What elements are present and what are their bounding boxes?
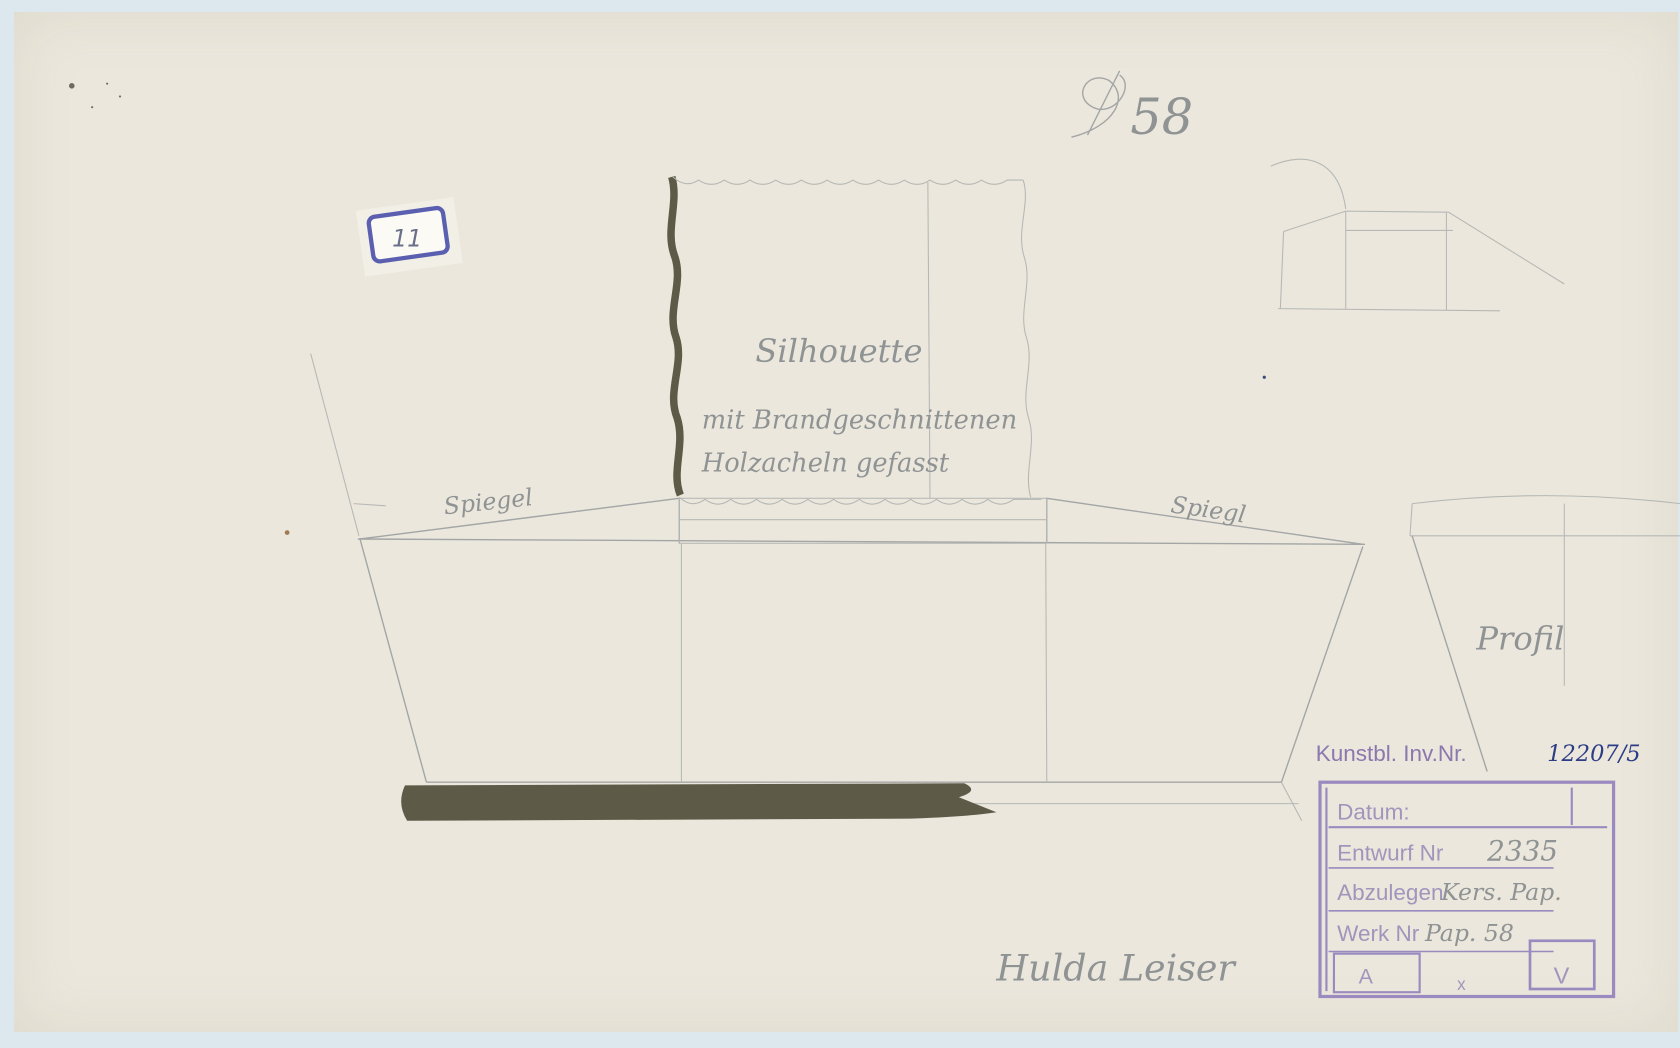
paper-specks [69,83,1266,535]
stamp-abzulegen-label: Abzulegen [1337,880,1443,905]
stamp-mark-a: A [1359,965,1374,989]
inventory-label: 11 [356,197,463,277]
annotation-spiegel-right: Spiegl [1169,490,1247,528]
stamp-mark-v: V [1554,963,1570,989]
annotation-profil: Profil [1475,619,1564,657]
stamp-werk-value: Pap. 58 [1424,919,1514,947]
label-number: 11 [392,224,422,252]
annotation-line3: Holzacheln gefasst [701,449,950,479]
scanned-document: 58 11 Silhouette mit Brandgeschnittenen … [0,0,1680,1048]
stamp-mark-x: x [1457,974,1466,994]
stamp-abzulegen-value: Kers. Pap. [1440,878,1562,906]
stamp-header: Kunstbl. Inv.Nr. [1316,741,1467,766]
stamp-datum-label: Datum: [1337,800,1410,825]
top-right-sketch [1271,159,1565,311]
stamp-entwurf-label: Entwurf Nr [1337,840,1444,865]
annotation-spiegel-left: Spiegel [442,483,534,520]
drawing-canvas: 58 11 Silhouette mit Brandgeschnittenen … [0,0,1680,1048]
sheet-mark-number: 58 [1130,88,1193,146]
inventory-stamp: Kunstbl. Inv.Nr. 12207/5 Datum: Entwurf … [1316,741,1641,997]
signature: Hulda Leiser [995,946,1237,989]
annotation-silhouette: Silhouette [755,332,922,370]
sheet-mark: 58 [1071,71,1193,146]
inventory-number: 12207/5 [1547,741,1640,767]
annotation-line2: mit Brandgeschnittenen [702,406,1017,436]
stamp-entwurf-value: 2335 [1486,834,1558,867]
wash-base-stroke [401,783,996,821]
stamp-werk-label: Werk Nr [1337,921,1420,946]
